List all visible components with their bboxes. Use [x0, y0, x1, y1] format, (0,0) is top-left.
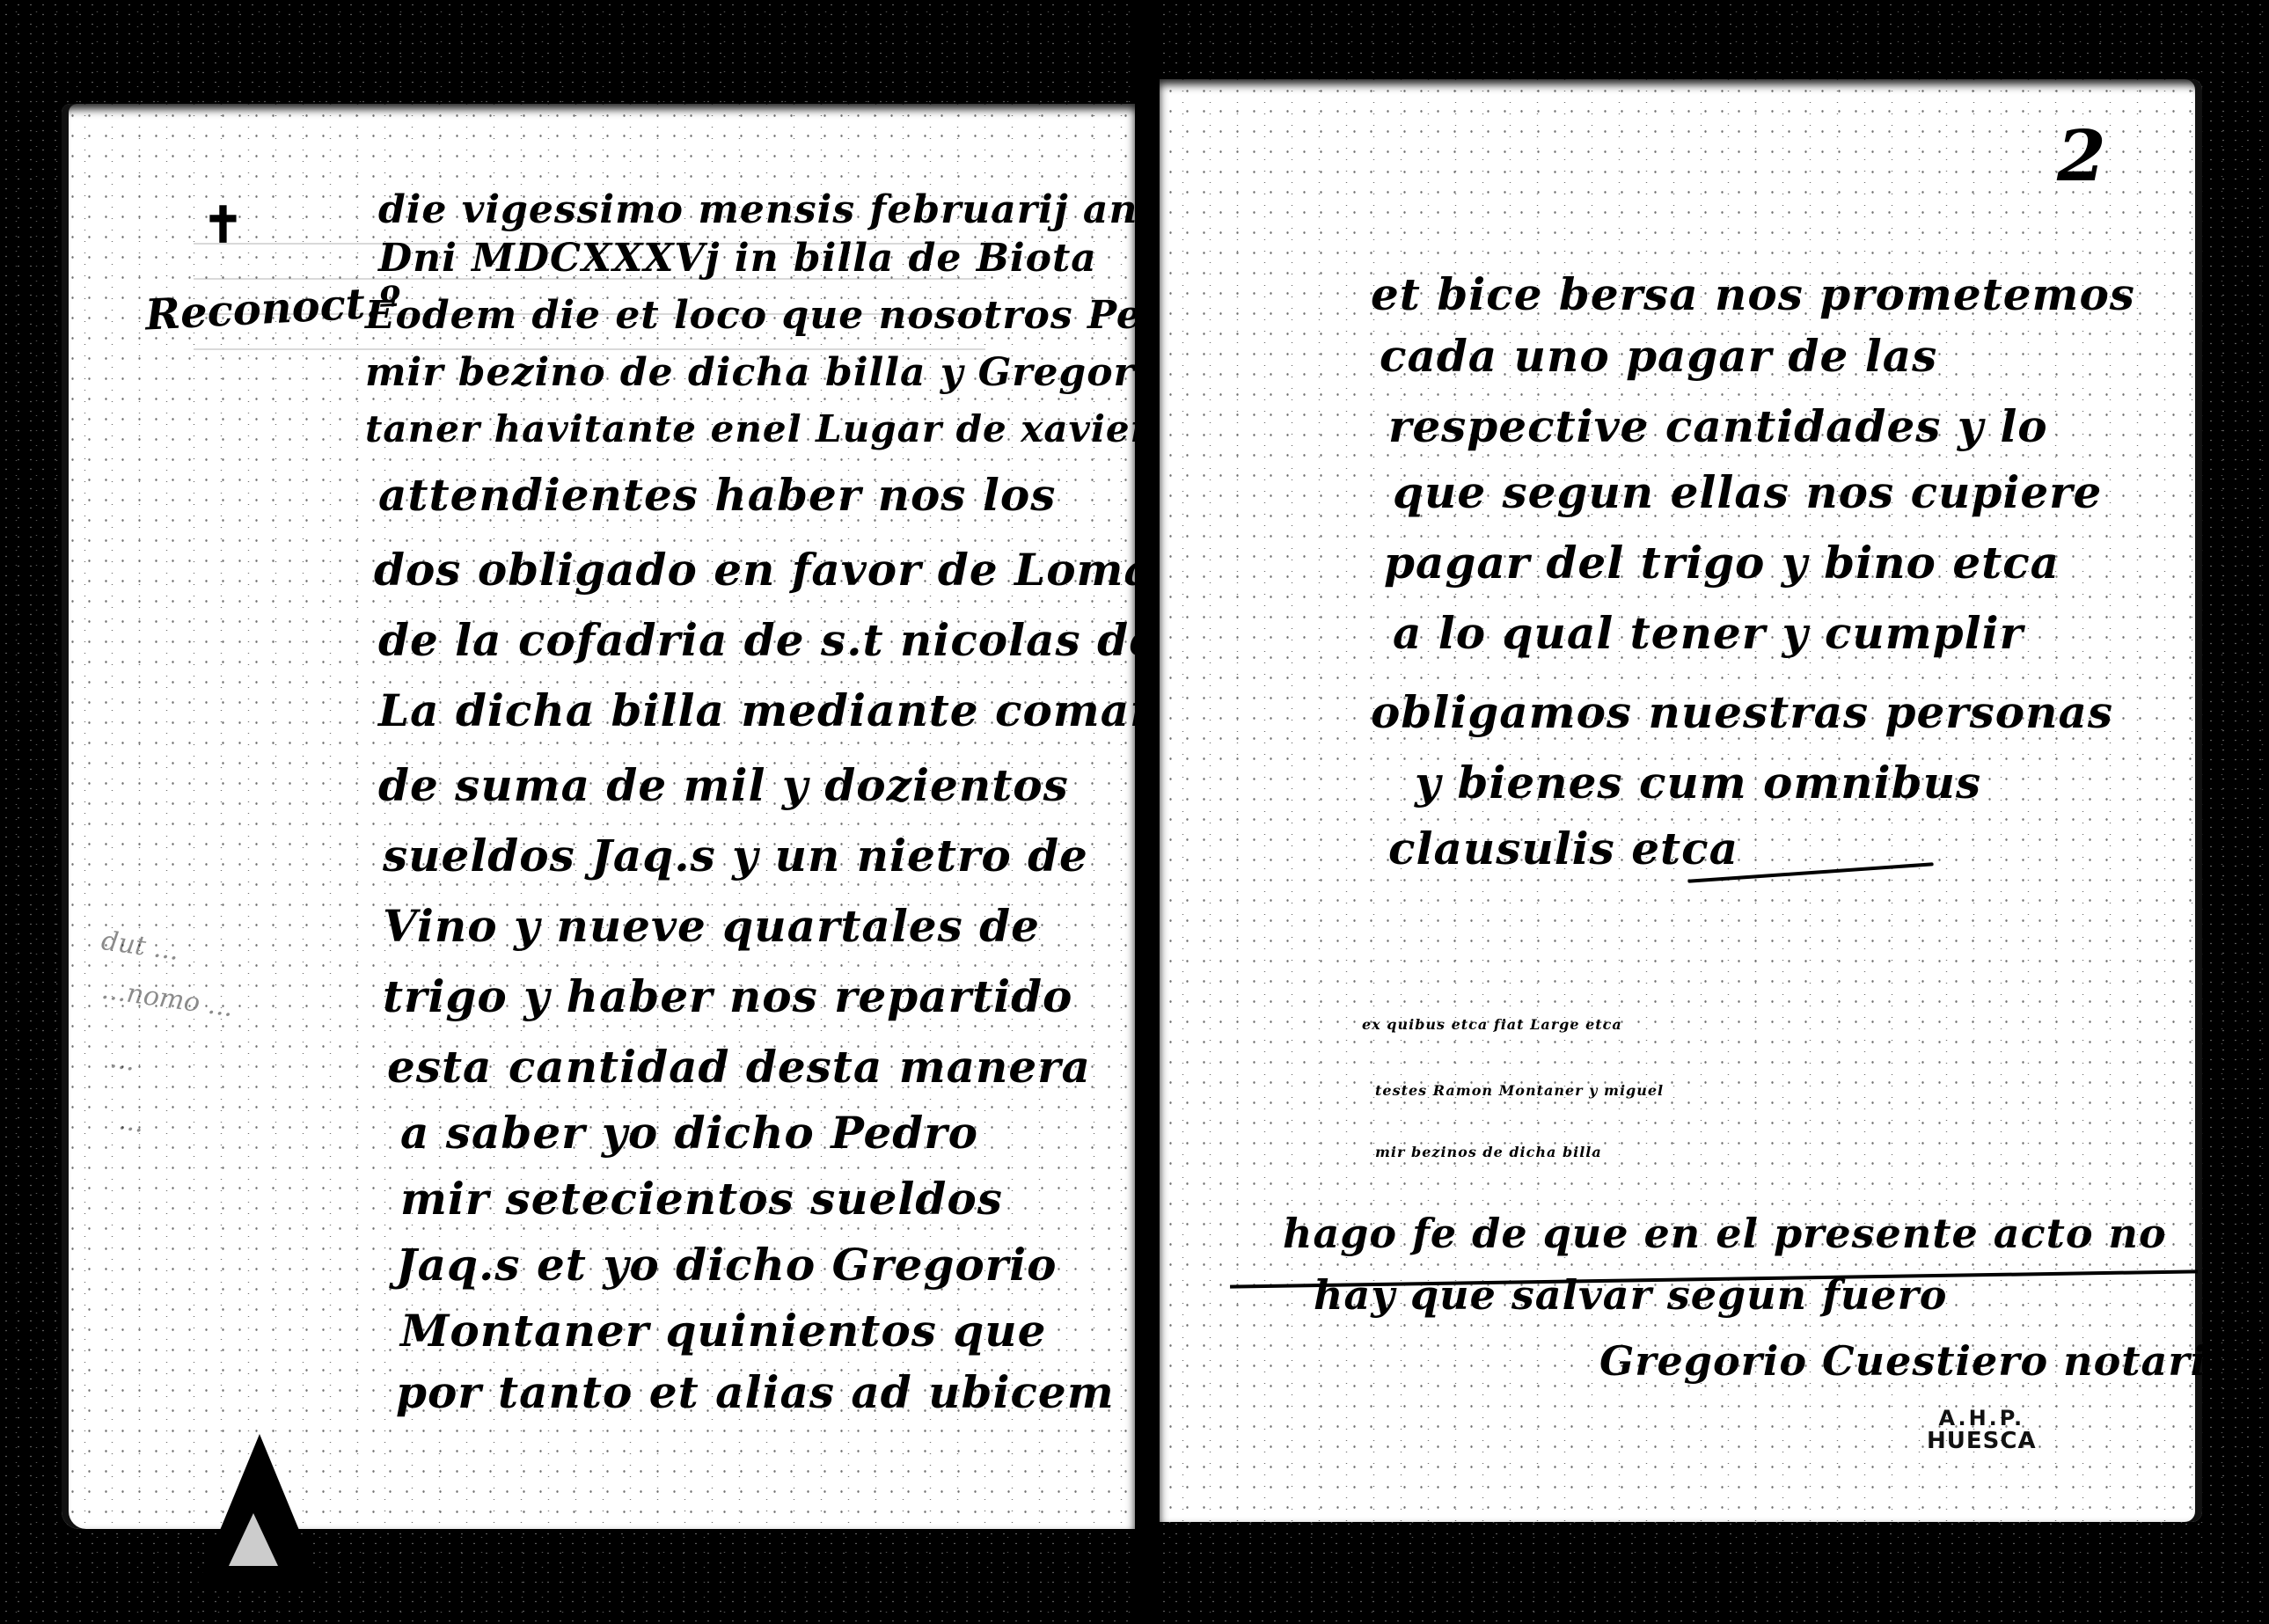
archive-stamp-abbrev: A.H.P. [1927, 1408, 2037, 1430]
manuscript-line: y bienes cum omnibus [1415, 757, 1981, 808]
witness-line: testes Ramon Montaner y miguel [1375, 1082, 1664, 1099]
folio-number: 2 [2057, 114, 2106, 197]
cross-mark-icon: ✝ [202, 196, 244, 254]
manuscript-line: Montaner quinientos que [400, 1305, 1046, 1357]
faded-margin-note: ... [108, 1043, 137, 1078]
manuscript-line: respective cantidades y lo [1388, 400, 2048, 452]
manuscript-line: attendientes haber nos los [378, 469, 1056, 521]
manuscript-line: Jaq.s et yo dicho Gregorio [396, 1239, 1057, 1291]
manuscript-line: trigo y haber nos repartido [383, 970, 1072, 1022]
manuscript-line: die vigessimo mensis februarij an [378, 187, 1135, 232]
manuscript-line: a saber yo dicho Pedro [400, 1107, 978, 1159]
archive-stamp-city: HUESCA [1927, 1430, 2037, 1453]
ribbon-highlight [229, 1513, 278, 1566]
manuscript-line: mir setecientos sueldos [400, 1173, 1003, 1225]
book-gutter [1135, 0, 1160, 1624]
manuscript-line: Eodem die et loco que nosotros Pe [365, 293, 1135, 338]
manuscript-line: Vino y nueve quartales de [383, 900, 1040, 952]
manuscript-line: de suma de mil y dozientos [378, 759, 1069, 811]
manuscript-line: mir bezino de dicha billa y Gregorio Mon [365, 350, 1135, 395]
manuscript-line: que segun ellas nos cupiere [1393, 466, 2102, 518]
notary-line: hago fe de que en el presente acto no [1283, 1210, 2167, 1257]
manuscript-line: La dicha billa mediante comanda [378, 684, 1135, 736]
manuscript-line: et bice bersa nos prometemos [1371, 268, 2135, 320]
witness-line: mir bezinos de dicha billa [1375, 1144, 1602, 1160]
manuscript-line: de la cofadria de s.t nicolas de [378, 614, 1135, 666]
manuscript-line: dos obligado en favor de Loma [374, 544, 1135, 596]
faded-margin-note: ... [117, 1105, 146, 1139]
manuscript-line: taner havitante enel Lugar de xavierre [365, 407, 1135, 450]
left-page: ✝ Reconoct.º dut ... ...nomo ... ... ...… [62, 104, 1135, 1529]
manuscript-line: Dni MDCXXXVj in billa de Biota [378, 236, 1097, 281]
manuscript-line: a lo qual tener y cumplir [1393, 607, 2024, 659]
faded-margin-note: ...nomo ... [99, 975, 235, 1024]
manuscript-line: esta cantidad desta manera [387, 1041, 1091, 1093]
notary-signature: Gregorio Cuestiero notario [1599, 1337, 2202, 1385]
right-page: 2 et bice bersa nos prometemos cada uno … [1160, 79, 2202, 1522]
manuscript-line: sueldos Jaq.s y un nietro de [383, 830, 1088, 881]
manuscript-line: por tanto et alias ad ubicem [396, 1366, 1115, 1418]
archive-stamp: A.H.P. HUESCA [1927, 1408, 2037, 1453]
notary-line: hay que salvar segun fuero [1314, 1271, 1948, 1319]
witness-line: ex quibus etca fiat Large etca [1362, 1016, 1622, 1033]
manuscript-line: cada uno pagar de las [1380, 330, 1937, 382]
faded-margin-note: dut ... [99, 925, 181, 967]
manuscript-line: pagar del trigo y bino etca [1384, 537, 2060, 589]
manuscript-line: obligamos nuestras personas [1371, 686, 2113, 738]
manuscript-line: clausulis etca [1388, 823, 1738, 874]
